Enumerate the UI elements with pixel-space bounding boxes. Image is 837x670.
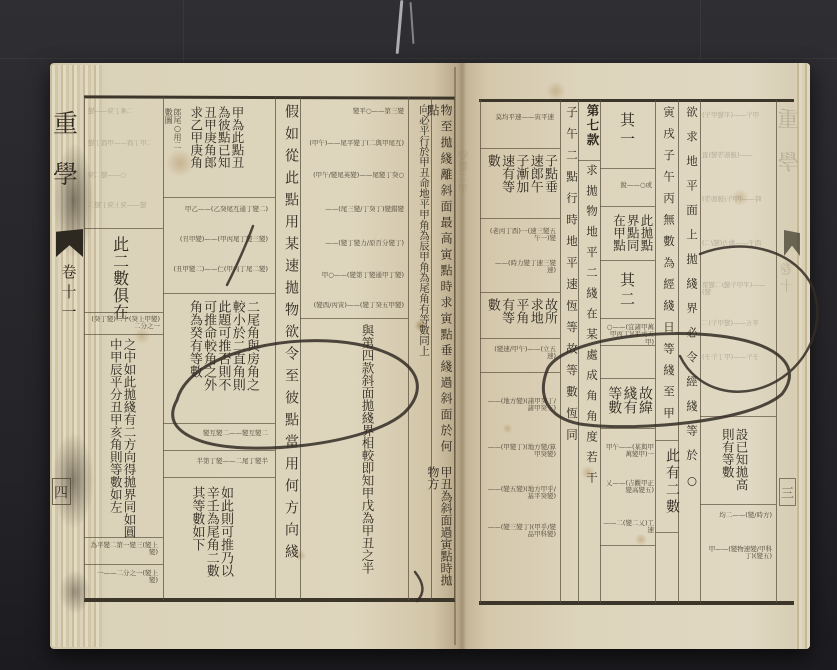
grid-line [480, 218, 560, 219]
grid-line [163, 97, 164, 600]
grid-line [600, 206, 655, 207]
showthrough-formula: 甲午——(平變甲午) [702, 112, 774, 119]
grid-line [600, 545, 655, 546]
grid-line [700, 100, 701, 603]
grid-line [275, 97, 276, 600]
grid-line [480, 100, 481, 603]
formula-row: (變酉/丙寅)——(變丁癸五甲變) [304, 302, 404, 309]
section-header: 第七款 [581, 104, 599, 154]
frame-top-rule-right [479, 99, 794, 102]
grid-line [600, 428, 655, 429]
formula-row: 二甲丁酉——甲酉丁變 [88, 140, 158, 147]
formula-row: (癸丁變)二十(癸上甲變)二分之一 [86, 316, 160, 331]
formula-row: 甲——(變物速變/甲科丁)(變五) [704, 546, 772, 561]
grid-line [454, 97, 455, 600]
volume-label: 卷十一 [60, 264, 77, 342]
background-seam [700, 0, 701, 60]
showthrough-formula: ——(平甲午變/二變第變) [702, 282, 774, 297]
grid-line [163, 450, 275, 451]
formula-row: 甲○——(變第丁變通甲丁變) [304, 272, 404, 279]
formula-row: 半第丁變——二尾丁變半 [170, 458, 268, 465]
loose-thread [410, 2, 415, 44]
grid-line [84, 334, 163, 335]
text-column: 子午二點行時地平速恆等故等數恆同 [562, 106, 578, 458]
grid-line [84, 97, 85, 600]
text-column: 欲求地平面上拋綫界必令經綫等於○ [682, 106, 698, 554]
text-column: 物至拋綫離斜面最高寅點時求寅點垂綫過斜面於何點 [433, 104, 452, 460]
grid-line [163, 293, 275, 294]
page-number-left: 四 [52, 478, 71, 505]
formula-row: (甲午/變尾英變)——尾變丁癸○ [304, 172, 404, 179]
grid-line [600, 260, 655, 261]
formula-row: 變互變二——變互變二 [170, 430, 268, 437]
grid-line [480, 372, 560, 373]
grid-line [600, 318, 655, 319]
text-block: 子點垂速郎午子漸加速有等數 [484, 154, 556, 202]
showthrough-formula: 時——(甲午/速飭等) [702, 196, 774, 203]
formula-row: 銳——○或 [604, 182, 652, 189]
text-column: 甲丑為斜面過寅點時拋物方 [433, 466, 452, 596]
formula-row: ——(變丁變力/原百分變丁) [304, 240, 404, 247]
grid-line [700, 504, 776, 505]
formula-row: ——(變五變)(地方甲乎/基平癸變) [486, 486, 556, 501]
grid-line [300, 318, 408, 319]
text-block: 二尾角與房角之較小於二直角則此題可推否則不可推命較角之外角為癸有等數 [176, 300, 258, 402]
formula-row: ——(變三變丁)(甲乎/變品甲科變) [486, 524, 556, 539]
grid-line [560, 100, 561, 603]
background-seam [183, 0, 184, 62]
text-column: 與第四款斜面拋綫界相較即知甲戊為甲丑之半 [356, 324, 374, 596]
frame-bottom-rule-right [479, 601, 794, 605]
formula-row: 二乘丁癸——變 [88, 108, 158, 115]
section-body: 求拋物地平二綫在某處成角角度若干 [582, 164, 598, 500]
formula-row: 乂——(吉觀甲正變高變五) [602, 480, 654, 495]
text-block: 故緯綫有等數 [602, 386, 652, 418]
showthrough-formula: ——(速飭等變)直 [702, 152, 774, 159]
grid-line [655, 532, 678, 533]
volume-label-showthrough: 卷十 [782, 262, 796, 312]
formula-row: (老丙丁酉)一(速三變五午一)變 [486, 228, 556, 243]
formula-row: ○——變二癸 [88, 172, 158, 179]
grid-line [480, 148, 560, 149]
grid-line [300, 97, 301, 600]
grid-line [600, 100, 601, 603]
text-block: 甲為此點丑為彼點已知丑甲庚角郎求乙甲庚角 [182, 106, 244, 178]
page-number-right: 三 [779, 478, 796, 506]
formula-row: 均二——(變/時方) [704, 512, 772, 519]
showthrough-formula: 平五——(變甲午)二 [702, 320, 774, 327]
background-seam [0, 58, 837, 59]
formula-row: ——(時力變丁速三變速) [486, 260, 556, 275]
book-title-showthrough: 重學 [778, 108, 801, 208]
formula-row: 莫均平速——寅平速 [488, 114, 554, 121]
text-column: 向必平行於甲丑命地平甲角為辰甲角為尾角有等數同上 [411, 104, 429, 362]
formula-row: 甲午——(某與甲萬變甲)一 [602, 444, 654, 459]
formula-row: (變速/甲午)——(立五速) [486, 346, 556, 361]
formula-row: ——(地方變)(諸甲癸丁/諸甲癸三) [486, 398, 556, 413]
showthrough-formula: 子午——(甲丁午子) [702, 354, 774, 361]
formula-row: 為平變二第一變三(變上變) [88, 542, 158, 557]
formula-row: ——(甲變丁)(地方變/算甲癸變) [486, 444, 556, 459]
formula-row: (丑甲變二)——仁(甲丙丁尾二變) [168, 266, 268, 273]
text-block: 之中如此拋綫有二方向得拋界同如圓中甲辰平分丑甲亥角則等數如左 [100, 338, 136, 548]
book-title: 重學 [50, 110, 78, 230]
grid-line [600, 378, 655, 379]
formula-row: ○——(宜諸甲萬甲丙丁)(平丈五甲) [602, 324, 654, 346]
frame-bottom-rule-left [84, 598, 455, 602]
grid-line [163, 477, 275, 478]
text-block: 設已知拋高則有等數 [716, 428, 748, 498]
text-block: 故所求地平角有等數 [484, 298, 556, 330]
formula-row: 一——二分之一(變上變) [88, 570, 158, 585]
grid-line [655, 440, 678, 441]
text-block: 如此則可推乃以辛壬為尾角二數其等數如下 [182, 486, 232, 586]
formula-row: (甲午)——尾平變丁(二與甲尾互) [304, 140, 404, 147]
grid-line [678, 100, 679, 603]
showthrough-formula: 酉子——地力(變/二) [702, 240, 774, 247]
showthrough-text: 變數二甲 [458, 150, 472, 270]
grid-line [700, 416, 776, 417]
formula-row: ——二(變二乂)工速 [602, 520, 654, 535]
formula-row: 變平○——第三變 [304, 108, 404, 115]
grid-line [431, 97, 432, 600]
grid-line [163, 197, 275, 198]
formula-row: ——(尾三變/丁癸丁)變錯變 [304, 206, 404, 213]
grid-line [163, 423, 275, 424]
case-label-two: 其二 [615, 272, 635, 316]
formula-row: 變——癸上癸丁變二 [88, 202, 158, 209]
grid-line [84, 228, 163, 229]
text-block: 此二數俱在 [111, 236, 129, 322]
formula-row: 甲乙——(乙癸尾互通丁變二) [168, 206, 268, 213]
text-note: 郎尾○用二數圖 [166, 108, 181, 152]
grid-line [578, 160, 600, 161]
text-block: 此拋點界點同在甲點 [607, 214, 653, 256]
loose-thread [396, 0, 404, 54]
grid-line [480, 292, 560, 293]
scanned-book-photo: 重學 卷十一 四 二乘丁癸——變 二甲丁酉——甲酉丁變 ○——變二癸 變——癸上… [0, 0, 837, 670]
grid-line [480, 338, 560, 339]
formula-row: (丑甲變)——(甲丙尾丁變三變) [168, 236, 268, 243]
grid-line [655, 100, 656, 603]
text-column: 寅戌子午丙無數為經綫日等綫至甲 [659, 106, 675, 436]
text-column: 假如從此點用某速拋物欲令至彼點當用何方向綫 [278, 104, 298, 574]
text-block: 此有二數 [659, 448, 679, 524]
grid-line [408, 97, 409, 600]
case-label-one: 其一 [615, 112, 635, 158]
grid-line [84, 564, 163, 565]
grid-line [600, 168, 655, 169]
